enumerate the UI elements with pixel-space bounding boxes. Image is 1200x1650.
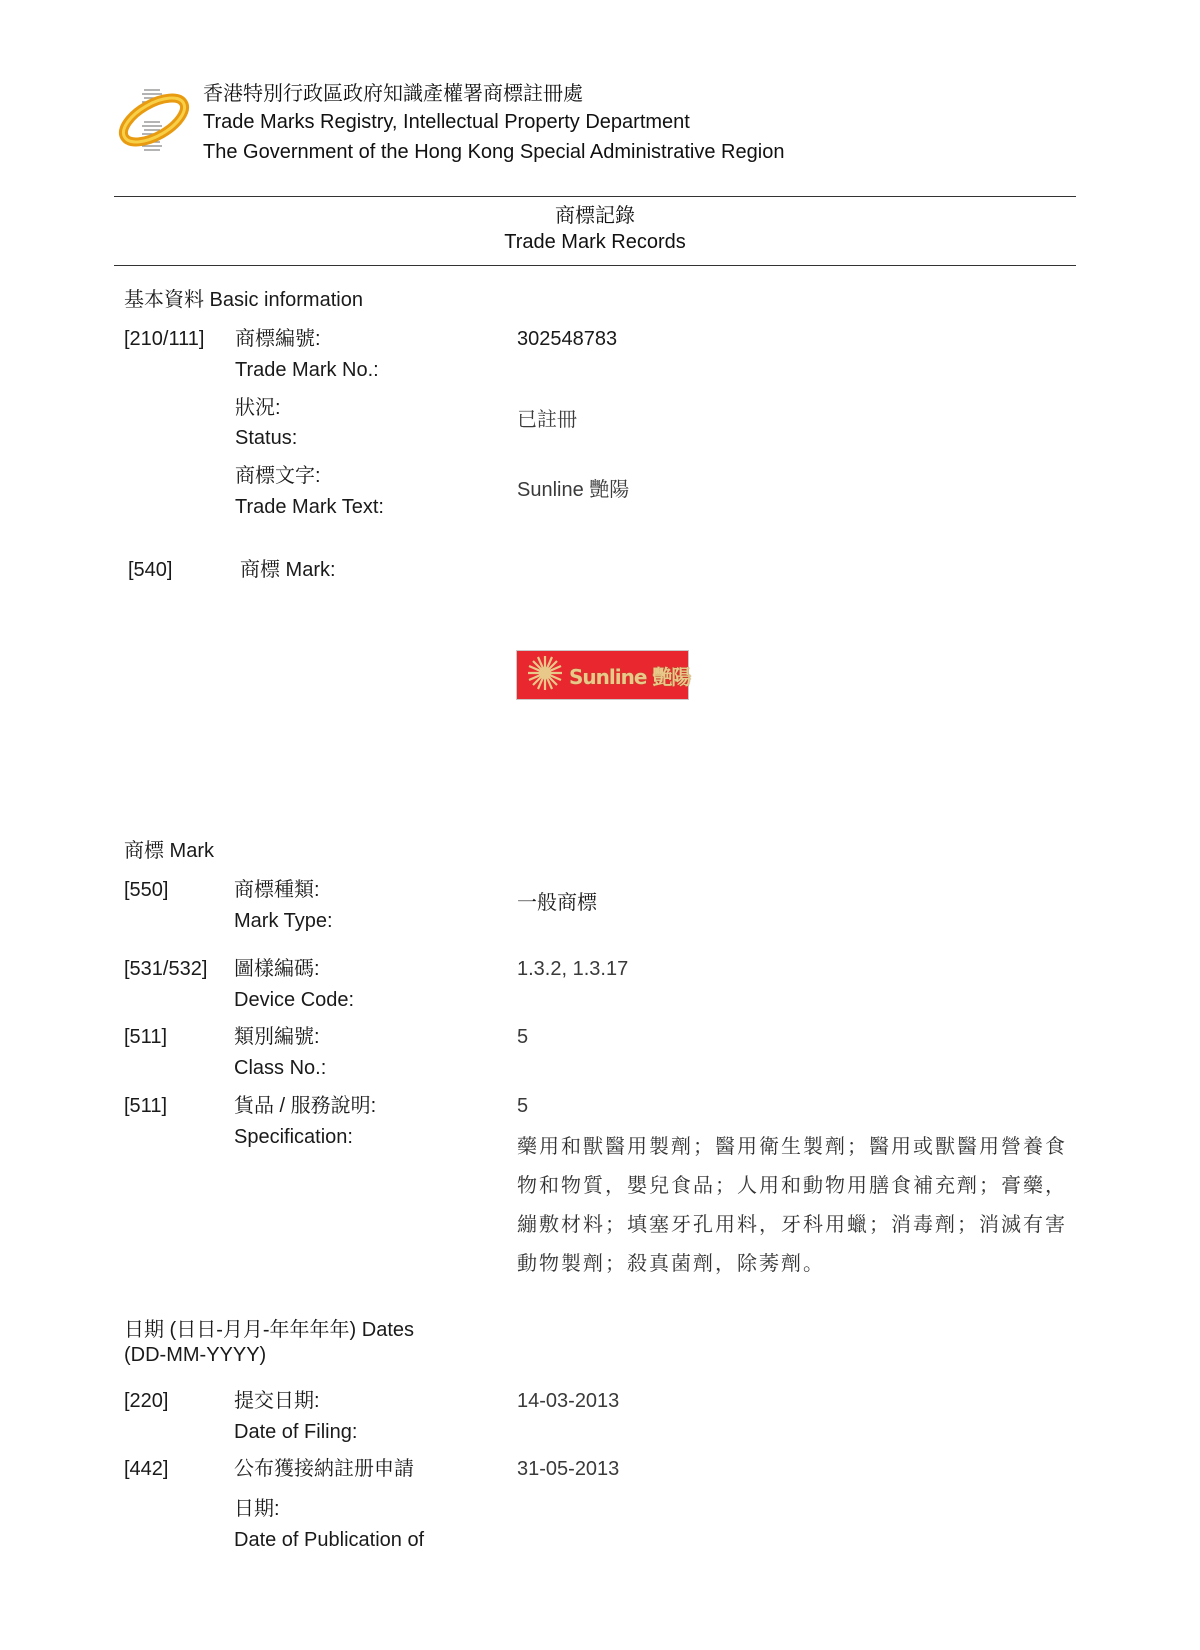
divider-top [114, 196, 1076, 197]
org-name-zh: 香港特別行政區政府知識產權署商標註冊處 [203, 80, 583, 108]
status-value: 已註冊 [517, 403, 577, 432]
specification-text: 藥用和獸醫用製劑；醫用衛生製劑；醫用或獸醫用營養食 物和物質，嬰兒食品；人用和動… [517, 1128, 1077, 1284]
trade-mark-text-value: Sunline 艷陽 [517, 473, 629, 502]
trade-mark-text-label-zh: 商標文字: [235, 461, 321, 491]
class-no-label-zh: 類別編號: [234, 1022, 320, 1052]
trade-mark-no-value: 302548783 [517, 328, 617, 351]
section-heading-dates-format: (DD-MM-YYYY) [124, 1344, 266, 1367]
publication-date-label-en: Date of Publication of [234, 1525, 424, 1555]
mark-type-label-en: Mark Type: [234, 906, 333, 936]
mark-label: 商標 Mark: [240, 555, 336, 585]
org-name-en-line1: Trade Marks Registry, Intellectual Prope… [203, 108, 690, 136]
trade-mark-text-label-en: Trade Mark Text: [235, 492, 384, 522]
class-no-label-en: Class No.: [234, 1053, 326, 1083]
mark-code: [540] [128, 559, 172, 582]
section-heading-dates: 日期 (日日-月月-年年年年) Dates [124, 1313, 414, 1342]
page-title-zh: 商標記錄 [114, 202, 1076, 230]
section-heading-basic-info: 基本資料 Basic information [124, 283, 363, 312]
publication-date-value: 31-05-2013 [517, 1458, 619, 1481]
device-code-code: [531/532] [124, 958, 207, 981]
mark-type-label-zh: 商標種類: [234, 875, 320, 905]
class-no-value: 5 [517, 1026, 528, 1049]
org-name-en-line2: The Government of the Hong Kong Special … [203, 138, 784, 166]
ipd-logo-icon [114, 86, 194, 158]
specification-line: 藥用和獸醫用製劑；醫用衛生製劑；醫用或獸醫用營養食 [517, 1128, 1077, 1167]
specification-line: 物和物質，嬰兒食品；人用和動物用膳食補充劑；膏藥， [517, 1167, 1077, 1206]
device-code-label-en: Device Code: [234, 985, 354, 1015]
trade-mark-no-label-en: Trade Mark No.: [235, 355, 379, 385]
trade-mark-no-label-zh: 商標編號: [235, 324, 321, 354]
specification-line: 繃敷材料；填塞牙孔用料，牙科用蠟；消毒劑；消滅有害 [517, 1206, 1077, 1245]
class-no-code: [511] [124, 1026, 167, 1049]
filing-date-value: 14-03-2013 [517, 1390, 619, 1413]
section-heading-mark: 商標 Mark [124, 834, 214, 863]
field-code: [210/111] [124, 328, 204, 351]
mark-type-code: [550] [124, 879, 168, 902]
device-code-label-zh: 圖樣編碼: [234, 954, 320, 984]
filing-date-code: [220] [124, 1390, 168, 1413]
sunburst-icon [527, 655, 563, 696]
specification-label-zh: 貨品 / 服務說明: [234, 1091, 376, 1121]
specification-class-value: 5 [517, 1095, 528, 1118]
page-title-en: Trade Mark Records [114, 228, 1076, 256]
trade-mark-image-text: Sunline 艷陽 [569, 661, 690, 690]
specification-line: 動物製劑；殺真菌劑，除莠劑。 [517, 1245, 1077, 1284]
specification-label-en: Specification: [234, 1122, 353, 1152]
status-label-en: Status: [235, 423, 297, 453]
mark-type-value: 一般商標 [517, 886, 597, 915]
publication-date-label-zh: 公布獲接納註册申請 [234, 1454, 414, 1484]
publication-date-code: [442] [124, 1458, 168, 1481]
device-code-value: 1.3.2, 1.3.17 [517, 958, 628, 981]
divider-bottom [114, 265, 1076, 266]
filing-date-label-en: Date of Filing: [234, 1417, 357, 1447]
status-label-zh: 狀況: [235, 393, 281, 423]
specification-code: [511] [124, 1095, 167, 1118]
filing-date-label-zh: 提交日期: [234, 1386, 320, 1416]
trade-mark-image: Sunline 艷陽 [516, 650, 689, 700]
publication-date-label-zh2: 日期: [234, 1494, 280, 1524]
